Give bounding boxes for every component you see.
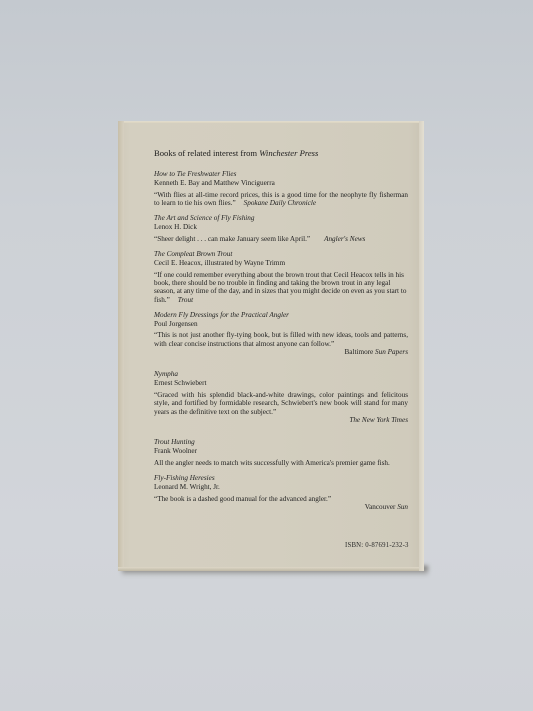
- book-author: Ernest Schwiebert: [154, 379, 408, 387]
- book-title: Trout Hunting: [154, 438, 408, 446]
- book-author: Frank Woolner: [154, 447, 408, 455]
- review-quote: “Graced with his splendid black-and-whit…: [154, 391, 408, 416]
- book-entry: The Compleat Brown Trout Cecil E. Heacox…: [154, 250, 408, 304]
- review-source: Trout: [178, 296, 193, 304]
- book-author: Poul Jorgensen: [154, 320, 408, 328]
- book-title: How to Tie Freshwater Flies: [154, 170, 408, 178]
- book-author: Cecil E. Heacox, illustrated by Wayne Tr…: [154, 259, 408, 267]
- book-entry: Trout Hunting Frank Woolner All the angl…: [154, 438, 408, 467]
- header-prefix: Books of related interest from: [154, 148, 259, 158]
- publisher-name: Winchester Press: [259, 148, 318, 158]
- review-source: Spokane Daily Chronicle: [244, 199, 316, 207]
- review-quote: “This is not just another fly-tying book…: [154, 331, 408, 348]
- book-title: Modern Fly Dressings for the Practical A…: [154, 311, 408, 319]
- book-title: The Art and Science of Fly Fishing: [154, 214, 408, 222]
- book-entry: The Art and Science of Fly Fishing Lenox…: [154, 214, 408, 243]
- book-author: Leonard M. Wright, Jr.: [154, 483, 408, 491]
- book-bottom-edge: [118, 567, 424, 571]
- book-entry: Nympha Ernest Schwiebert “Graced with hi…: [154, 370, 408, 424]
- review-source: The New York Times: [154, 416, 408, 424]
- review-quote: “Sheer delight . . . can make January se…: [154, 235, 408, 243]
- review-source: Angler's News: [324, 235, 365, 243]
- review-source: Baltimore Sun Papers: [154, 348, 408, 356]
- page-title: Books of related interest from Wincheste…: [154, 148, 408, 158]
- book-author: Kenneth E. Bay and Matthew Vinciguerra: [154, 179, 408, 187]
- book-entry: Fly-Fishing Heresies Leonard M. Wright, …: [154, 474, 408, 511]
- book-title: Nympha: [154, 370, 408, 378]
- quote-text: “Sheer delight . . . can make January se…: [154, 235, 310, 243]
- book-title: Fly-Fishing Heresies: [154, 474, 408, 482]
- source-prefix: Vancouver: [365, 503, 398, 511]
- book-entry: How to Tie Freshwater Flies Kenneth E. B…: [154, 170, 408, 207]
- book-author: Lenox H. Dick: [154, 223, 408, 231]
- review-quote: “With flies at all-time record prices, t…: [154, 191, 408, 208]
- book-title: The Compleat Brown Trout: [154, 250, 408, 258]
- review-quote: All the angler needs to match wits succe…: [154, 459, 408, 467]
- cover-text-block: Books of related interest from Wincheste…: [154, 148, 408, 518]
- source-name: Sun Papers: [375, 348, 408, 356]
- review-quote: “The book is a dashed good manual for th…: [154, 495, 408, 503]
- review-source: Vancouver Sun: [154, 503, 408, 511]
- review-quote: “If one could remember everything about …: [154, 271, 408, 304]
- source-prefix: Baltimore: [345, 348, 376, 356]
- book-entry: Modern Fly Dressings for the Practical A…: [154, 311, 408, 356]
- source-name: Sun: [397, 503, 408, 511]
- isbn-number: ISBN: 0-87691-232-3: [345, 542, 409, 549]
